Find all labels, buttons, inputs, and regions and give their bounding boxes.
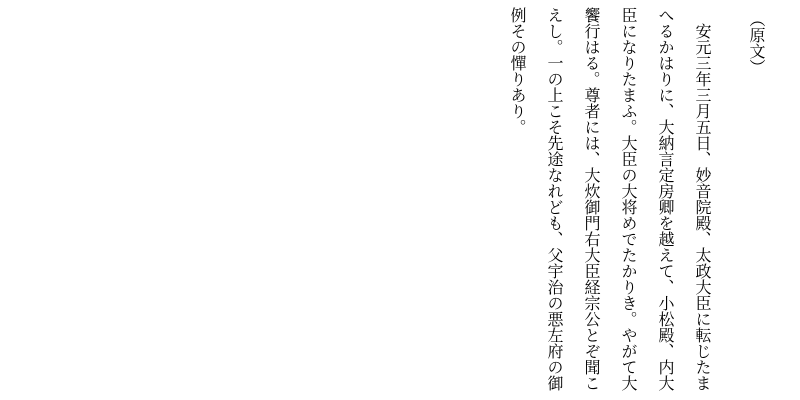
original-text-heading: （原文） bbox=[737, 7, 774, 391]
original-text-body: 安元三年三月五日、妙音院殿、太政大臣に転じたま へるかはりに、大納言定房卿を越え… bbox=[498, 7, 720, 391]
original-text-block: （原文） 安元三年三月五日、妙音院殿、太政大臣に転じたま へるかはりに、大納言定… bbox=[498, 7, 774, 391]
document-page: （原文） 安元三年三月五日、妙音院殿、太政大臣に転じたま へるかはりに、大納言定… bbox=[0, 0, 800, 400]
